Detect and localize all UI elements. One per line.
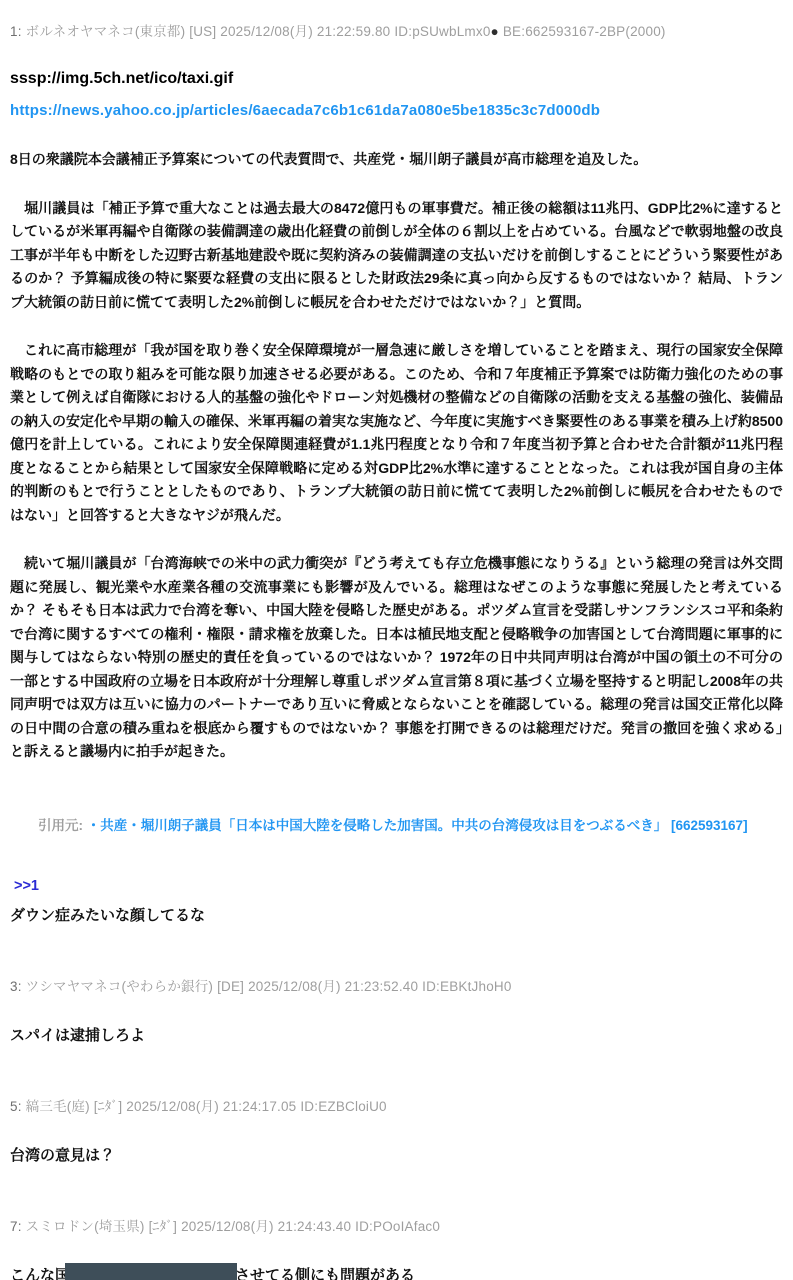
post-header: 5: 縞三毛(庭) [ﾆﾀﾞ] 2025/12/08(月) 21:24:17.0… — [10, 1095, 783, 1115]
post-meta[interactable]: 縞三毛(庭) [ﾆﾀﾞ] 2025/12/08(月) 21:24:17.05 I… — [22, 1099, 387, 1114]
post-body-paragraph: 8日の衆議院本会議補正予算案についての代表質問で、共産党・堀川朗子議員が高市総理… — [10, 148, 783, 172]
clipped-next-element — [65, 1263, 237, 1280]
thread-page: 1: ボルネオヤマネコ(東京都) [US] 2025/12/08(月) 21:2… — [0, 0, 793, 1280]
post-header: 3: ツシマヤマネコ(やわらか銀行) [DE] 2025/12/08(月) 21… — [10, 975, 783, 995]
post-header: 1: ボルネオヤマネコ(東京都) [US] 2025/12/08(月) 21:2… — [10, 20, 783, 40]
post-number[interactable]: 1: — [10, 24, 22, 39]
source-thread-link[interactable]: ・共産・堀川朗子議員「日本は中国大陸を侵略した加害国。中共の台湾侵攻は目をつぶる… — [87, 818, 748, 833]
be-premium-icon: ● — [491, 24, 499, 39]
sssp-icon-url: sssp://img.5ch.net/ico/taxi.gif — [10, 70, 783, 88]
post-body-paragraph: 堀川議員は「補正予算で重大なことは過去最大の8472億円もの軍事費だ。補正後の総… — [10, 197, 783, 315]
source-citation: 引用元: ・共産・堀川朗子議員「日本は中国大陸を侵略した加害国。中共の台湾侵攻は… — [10, 814, 783, 834]
article-link[interactable]: https://news.yahoo.co.jp/articles/6aecad… — [10, 102, 600, 119]
post-header: 7: スミロドン(埼玉県) [ﾆﾀﾞ] 2025/12/08(月) 21:24:… — [10, 1215, 783, 1235]
source-label: 引用元: — [38, 818, 87, 833]
post-number[interactable]: 7: — [10, 1219, 22, 1234]
post-body: 台湾の意見は？ — [10, 1144, 783, 1165]
post-body: スパイは逮捕しろよ — [10, 1024, 783, 1045]
be-id[interactable]: BE:662593167-2BP(2000) — [499, 24, 666, 39]
post-meta[interactable]: スミロドン(埼玉県) [ﾆﾀﾞ] 2025/12/08(月) 21:24:43.… — [22, 1219, 440, 1234]
post-body: ダウン症みたいな顔してるな — [10, 904, 783, 925]
post-body-paragraph: 続いて堀川議員が「台湾海峡での米中の武力衝突が『どう考えても存立危機事態になりう… — [10, 552, 783, 764]
post-number[interactable]: 3: — [10, 979, 22, 994]
post-body-paragraph: これに高市総理が「我が国を取り巻く安全保障環境が一層急速に厳しさを増していること… — [10, 339, 783, 527]
post-3: 3: ツシマヤマネコ(やわらか銀行) [DE] 2025/12/08(月) 21… — [10, 975, 783, 1045]
post-meta[interactable]: ツシマヤマネコ(やわらか銀行) [DE] 2025/12/08(月) 21:23… — [22, 979, 512, 994]
reply-anchor-link[interactable]: >>1 — [14, 878, 39, 894]
post-number[interactable]: 5: — [10, 1099, 22, 1114]
post-1: 1: ボルネオヤマネコ(東京都) [US] 2025/12/08(月) 21:2… — [10, 20, 783, 834]
post-5: 5: 縞三毛(庭) [ﾆﾀﾞ] 2025/12/08(月) 21:24:17.0… — [10, 1095, 783, 1165]
post-2: >>1 ダウン症みたいな顔してるな — [10, 834, 783, 925]
post-meta[interactable]: ボルネオヤマネコ(東京都) [US] 2025/12/08(月) 21:22:5… — [22, 24, 491, 39]
